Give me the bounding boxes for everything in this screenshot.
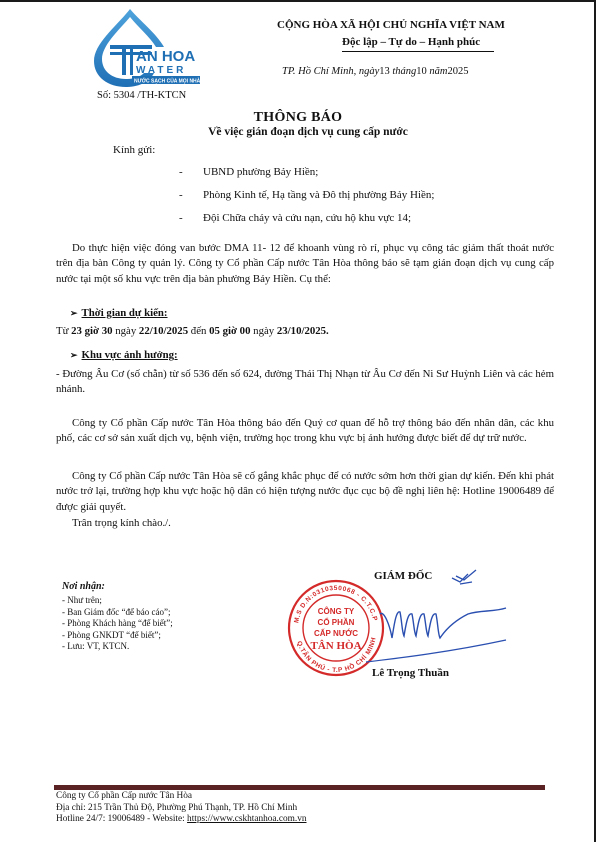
- affected-area: - Đường Âu Cơ (số chẵn) từ số 536 đến số…: [56, 367, 554, 398]
- recipient-list: -UBND phường Bảy Hiền; -Phòng Kinh tế, H…: [179, 166, 434, 235]
- date-month-label: tháng: [390, 66, 417, 77]
- recipient-item: -Phòng Kinh tế, Hạ tầng và Đô thị phường…: [179, 189, 434, 212]
- footer-contact: Hotline 24/7: 19006489 - Website: https:…: [56, 814, 307, 826]
- time-day-label: ngày: [113, 325, 139, 337]
- time-day-label: ngày: [250, 325, 276, 337]
- time-from-label: Từ: [56, 325, 71, 337]
- list-dash: -: [179, 212, 203, 235]
- paragraph-hotline: Công ty Cổ phần Cấp nước Tân Hòa sẽ cố g…: [56, 469, 554, 515]
- logo-brand-line1: AN HOA: [136, 48, 195, 65]
- start-date: 22/10/2025: [139, 325, 188, 337]
- handwritten-signature-icon: [360, 566, 510, 676]
- outage-time: Từ 23 giờ 30 ngày 22/10/2025 đến 05 giờ …: [56, 325, 329, 337]
- receiver-item: - Phòng Khách hàng “để biết”;: [62, 618, 173, 630]
- footer: Công ty Cổ phần Cấp nước Tân Hòa Địa chỉ…: [56, 791, 307, 826]
- recipient-text: UBND phường Bảy Hiền;: [203, 166, 318, 189]
- footer-hotline: Hotline 24/7: 19006489 - Website:: [56, 814, 187, 824]
- date-place: TP. Hồ Chí Minh, ngày: [282, 66, 379, 77]
- end-hour: 05 giờ 00: [209, 325, 250, 337]
- receiver-item: - Lưu: VT, KTCN.: [62, 641, 173, 653]
- date-month: 10: [416, 66, 427, 77]
- stamp-line4: TÂN HÒA: [310, 640, 361, 652]
- area-heading-text: Khu vực ảnh hưởng:: [82, 349, 178, 361]
- date-day: 13: [379, 66, 390, 77]
- start-hour: 23 giờ 30: [71, 325, 112, 337]
- footer-company: Công ty Cổ phần Cấp nước Tân Hòa: [56, 791, 307, 803]
- document-date: TP. Hồ Chí Minh, ngày13 tháng10 năm2025: [282, 66, 469, 77]
- national-motto: Độc lập – Tự do – Hạnh phúc: [342, 36, 480, 48]
- footer-divider: [54, 785, 545, 790]
- intro-paragraph: Do thực hiện việc đóng van bước DMA 11- …: [56, 241, 554, 287]
- time-heading: ➢Thời gian dự kiến:: [70, 307, 168, 319]
- closing-line: Trân trọng kính chào./.: [72, 517, 171, 529]
- receivers-list: - Như trên; - Ban Giám đốc “để báo cáo”;…: [62, 595, 173, 653]
- recipient-text: Phòng Kinh tế, Hạ tầng và Đô thị phường …: [203, 189, 434, 212]
- recipient-item: -UBND phường Bảy Hiền;: [179, 166, 434, 189]
- receivers-title: Nơi nhận:: [62, 581, 105, 592]
- arrow-bullet-icon: ➢: [70, 308, 78, 318]
- document-subtitle: Về việc gián đoạn dịch vụ cung cấp nước: [0, 126, 596, 138]
- time-heading-text: Thời gian dự kiến:: [82, 307, 168, 319]
- national-title: CỘNG HÒA XÃ HỘI CHỦ NGHĨA VIỆT NAM: [277, 19, 505, 31]
- recipient-text: Đội Chữa cháy và cứu nạn, cứu hộ khu vực…: [203, 212, 411, 235]
- time-to-label: đến: [188, 325, 209, 337]
- stamp-line3: CẤP NƯỚC: [314, 628, 358, 638]
- receiver-item: - Như trên;: [62, 595, 173, 607]
- receiver-item: - Ban Giám đốc “để báo cáo”;: [62, 607, 173, 619]
- motto-underline: [342, 51, 494, 52]
- logo-slogan: NƯỚC SẠCH CỦA MỌI NHÀ: [134, 77, 200, 85]
- paragraph-support: Công ty Cổ phần Cấp nước Tân Hòa thông b…: [56, 416, 554, 447]
- signer-name: Lê Trọng Thuần: [372, 667, 449, 679]
- page-border-top: [0, 0, 596, 2]
- list-dash: -: [179, 189, 203, 212]
- end-date: 23/10/2025.: [277, 325, 329, 337]
- document-title: THÔNG BÁO: [0, 110, 596, 126]
- date-year: 2025: [448, 66, 469, 77]
- document-number: Số: 5304 /TH-KTCN: [97, 90, 186, 101]
- water-drop-logo-icon: AN HOA WATER NƯỚC SẠCH CỦA MỌI NHÀ: [88, 7, 200, 89]
- logo-brand-line2: WATER: [136, 65, 186, 76]
- receiver-item: - Phòng GNKDT “để biết”;: [62, 630, 173, 642]
- website-link[interactable]: https://www.cskhtanhoa.com.vn: [187, 814, 306, 824]
- date-year-label: năm: [427, 66, 448, 77]
- recipient-item: -Đội Chữa cháy và cứu nạn, cứu hộ khu vự…: [179, 212, 434, 235]
- footer-address: Địa chỉ: 215 Trần Thủ Độ, Phường Phú Thạ…: [56, 803, 307, 815]
- arrow-bullet-icon: ➢: [70, 350, 78, 360]
- stamp-line1: CÔNG TY: [318, 607, 355, 616]
- area-heading: ➢Khu vực ảnh hưởng:: [70, 349, 178, 361]
- stamp-line2: CỔ PHẦN: [318, 617, 355, 627]
- list-dash: -: [179, 166, 203, 189]
- greeting: Kính gửi:: [113, 144, 155, 156]
